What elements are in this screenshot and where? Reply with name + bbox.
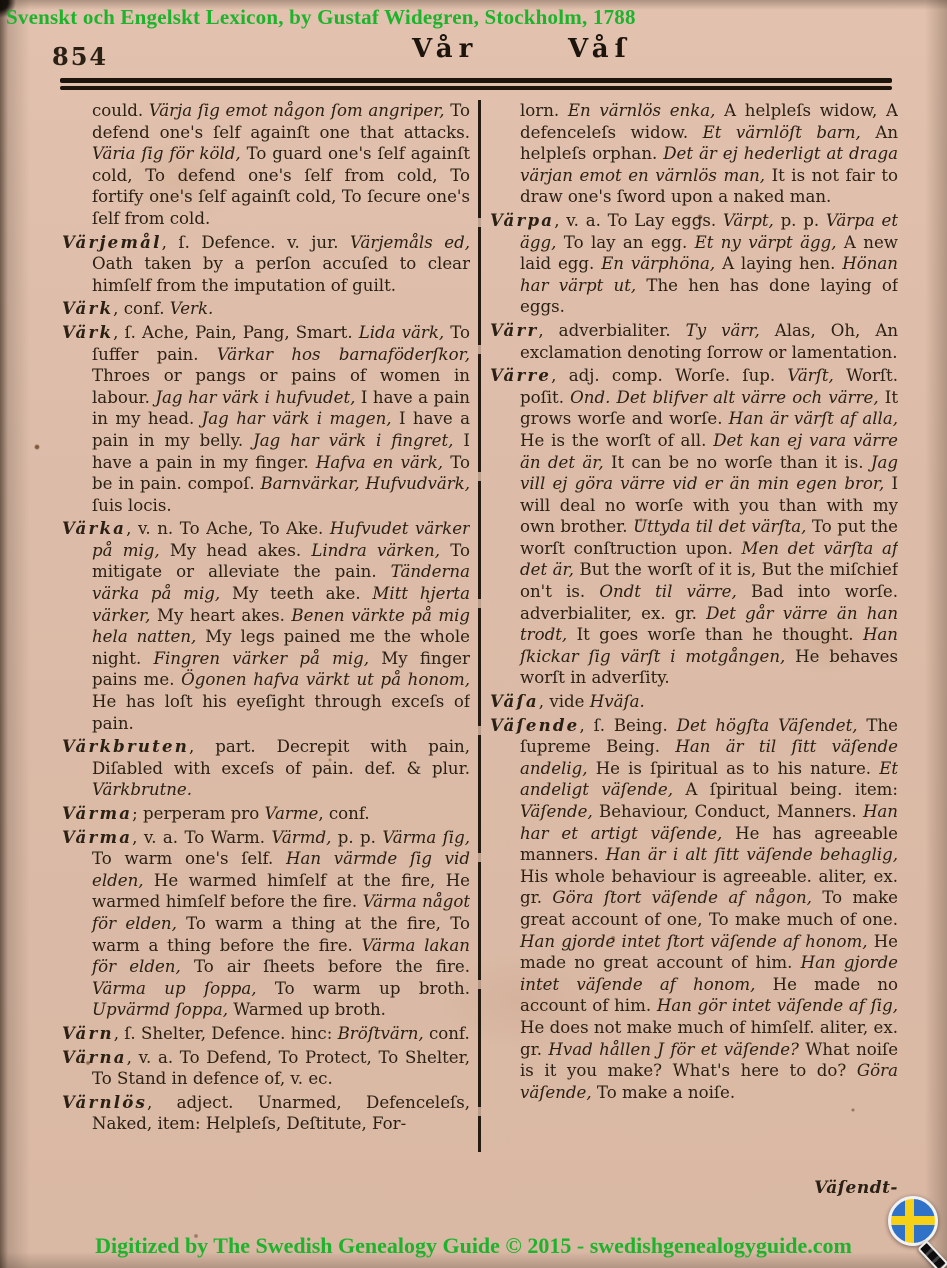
text-run: Ond. Det blifver alt värre och värre, — [570, 388, 885, 407]
text-run: Hafva en värk, — [316, 453, 450, 472]
text-run: , ſ. Ache, Pain, Pang, Smart. — [113, 323, 359, 342]
text-run: Fingren värker på mig, — [153, 649, 381, 668]
column-divider — [478, 100, 481, 1152]
text-run: ; perperam pro — [132, 804, 264, 823]
text-run: Värja ſig emot någon ſom angriper, — [149, 101, 450, 120]
catchword: Väſendt- — [490, 1178, 898, 1198]
text-run: Värkar hos barnaföderſkor, — [217, 345, 470, 364]
text-run: Oath taken by a perſon accuſed to clear … — [92, 254, 470, 295]
dictionary-entry: Värnlös, adject. Unarmed, Defenceleſs, N… — [62, 1092, 470, 1135]
dictionary-entry: could. Värja ſig emot någon ſom angriper… — [62, 100, 470, 230]
text-run: Et värnlöſt barn, — [703, 123, 876, 142]
headword: Värjemål — [62, 232, 162, 252]
text-run: Bröſtvärn, — [338, 1024, 429, 1043]
text-run: , v. a. To Defend, To Protect, To Shelte… — [92, 1048, 470, 1089]
text-run: My heart akes. — [157, 606, 291, 625]
dictionary-entry: Värr, adverbialiter. Ty värr, Alas, Oh, … — [490, 320, 898, 363]
text-run: My head akes. — [170, 541, 312, 560]
text-run: Värpt, — [723, 211, 781, 230]
text-columns: could. Värja ſig emot någon ſom angriper… — [62, 100, 902, 1172]
dictionary-entry: Värre, adj. comp. Worſe. ſup. Värſt, Wor… — [490, 365, 898, 689]
dictionary-entry: Värpa, v. a. To Lay eggs. Värpt, p. p. V… — [490, 210, 898, 318]
text-run: , adject. Unarmed, Defenceleſs, Naked, i… — [92, 1093, 470, 1134]
text-run: En värphöna, — [601, 254, 722, 273]
column-left: could. Värja ſig emot någon ſom angriper… — [62, 100, 470, 1172]
text-run: , ſ. Shelter, Defence. hinc: — [114, 1024, 338, 1043]
text-run: Varme — [265, 804, 319, 823]
text-run: He is ſpiritual as to his nature. — [596, 759, 880, 778]
headword: Värk — [62, 322, 113, 342]
headword: Värk — [62, 298, 113, 318]
text-run: Det högſta Väſendet, — [677, 716, 867, 735]
text-run: Lindra värken, — [311, 541, 450, 560]
text-run: To lay an egg. — [564, 233, 695, 252]
guide-word-right: Våſ — [568, 34, 632, 64]
text-run: , vide — [539, 692, 590, 711]
swedish-flag-magnifier-icon — [886, 1196, 946, 1268]
dictionary-entry: Värkbruten, part. Decrepit with pain, Di… — [62, 736, 470, 801]
text-run: , ſ. Being. — [579, 716, 676, 735]
text-run: Et ny värpt ägg, — [695, 233, 844, 252]
text-run: Värma up ſoppa, — [92, 979, 275, 998]
dictionary-entry: Väſa, vide Hväſa. — [490, 691, 898, 713]
text-run: Hvad hållen J för et väſende? — [548, 1040, 805, 1059]
text-run: ſuis locis. — [92, 496, 172, 515]
text-run: Hväſa. — [590, 692, 645, 711]
text-run: Han gjorde intet ſtort väſende af honom, — [520, 932, 874, 951]
headword: Värr — [490, 320, 538, 340]
text-run: could. — [92, 101, 149, 120]
text-run: Warmed up broth. — [233, 1000, 386, 1019]
text-run: Värſt, — [787, 366, 846, 385]
headword: Väſa — [490, 691, 539, 711]
text-run: Behaviour, Conduct, Manners. — [599, 802, 863, 821]
column-right: lorn. En värnlös enka, A helpleſs widow,… — [490, 100, 898, 1172]
text-run: Jag har värk i magen, — [202, 409, 399, 428]
running-head: 854 Vår Våſ — [0, 34, 947, 74]
headword: Värkbruten — [62, 736, 189, 756]
magnifier-handle-icon — [917, 1240, 947, 1268]
dictionary-entry: Värma; perperam pro Varme, conf. — [62, 803, 470, 825]
text-run: p. p. — [781, 211, 826, 230]
text-run: Han är i alt ſitt väſende behaglig, — [606, 845, 898, 864]
text-run: , v. n. To Ache, To Ake. — [126, 519, 330, 538]
dictionary-entry: Värka, v. n. To Ache, To Ake. Hufvudet v… — [62, 518, 470, 734]
text-run: My teeth ake. — [232, 584, 372, 603]
scanned-page: Svenskt och Engelskt Lexicon, by Gustaf … — [0, 0, 947, 1268]
headword: Värnlös — [62, 1092, 147, 1112]
text-run: Uttyda til det värſta, — [633, 517, 812, 536]
text-run: Jag har värk i fingret, — [253, 431, 463, 450]
text-run: Lida värk, — [359, 323, 451, 342]
text-run: It goes worſe than he thought. — [577, 625, 863, 644]
headword: Väſende — [490, 715, 579, 735]
text-run: It can be no worſe than it is. — [611, 453, 871, 472]
text-run: A laying hen. — [722, 254, 842, 273]
text-run: To make a noiſe. — [597, 1083, 735, 1102]
dictionary-entry: Värk, conf. Verk. — [62, 298, 470, 320]
dictionary-entry: lorn. En värnlös enka, A helpleſs widow,… — [490, 100, 898, 208]
source-caption: Svenskt och Engelskt Lexicon, by Gustaf … — [6, 5, 636, 30]
text-run: Värjemåls ed, — [350, 233, 470, 252]
text-run: A ſpiritual being. item: — [685, 780, 898, 799]
header-rule-bottom — [60, 86, 892, 90]
headword: Värre — [490, 365, 551, 385]
headword: Värma — [62, 827, 132, 847]
text-run: lorn. — [520, 101, 568, 120]
text-run: Verk. — [170, 299, 214, 318]
text-run: , adverbialiter. — [538, 321, 685, 340]
text-run: Han är värſt af alla, — [729, 409, 898, 428]
text-run: Ögonen hafva värkt ut på honom, — [181, 670, 470, 689]
text-run: He has loſt his eyeſight through exceſs … — [92, 692, 470, 733]
guide-word-left: Vår — [412, 34, 478, 64]
page-number: 854 — [52, 42, 108, 71]
dictionary-entry: Väſende, ſ. Being. Det högſta Väſendet, … — [490, 715, 898, 1104]
text-run: Väſende, — [520, 802, 599, 821]
text-run: , v. a. To Lay eggs. — [554, 211, 723, 230]
text-run: Ty värr, — [686, 321, 775, 340]
text-run: To air ſheets before the fire. — [194, 957, 470, 976]
header-rule-top — [60, 78, 892, 83]
dictionary-entry: Värna, v. a. To Defend, To Protect, To S… — [62, 1047, 470, 1090]
dictionary-entry: Värk, ſ. Ache, Pain, Pang, Smart. Lida v… — [62, 322, 470, 516]
text-run: , ſ. Defence. v. jur. — [162, 233, 350, 252]
text-run: Göra ſtort väſende af någon, — [552, 888, 822, 907]
text-run: Ondt til värre, — [599, 582, 751, 601]
headword: Värn — [62, 1023, 114, 1043]
text-run: He is the worſt of all. — [520, 431, 713, 450]
text-run: Värkbrutne. — [92, 780, 192, 799]
headword: Värma — [62, 803, 132, 823]
text-run: , v. a. To Warm. — [132, 828, 271, 847]
headword: Värna — [62, 1047, 127, 1067]
text-run: En värnlös enka, — [568, 101, 724, 120]
text-run: To warm one's ſelf. — [92, 849, 286, 868]
text-run: p. p. — [338, 828, 383, 847]
digitizer-caption: Digitized by The Swedish Genealogy Guide… — [0, 1233, 947, 1259]
text-run: , conf. — [113, 299, 170, 318]
text-run: , conf. — [318, 804, 369, 823]
swedish-flag-icon — [888, 1196, 938, 1246]
text-run: Värmd, — [271, 828, 337, 847]
text-run: Han gör intet väſende af ſig, — [657, 996, 898, 1015]
text-run: To warm up broth. — [275, 979, 470, 998]
headword: Värpa — [490, 210, 554, 230]
header-rule — [60, 78, 892, 90]
dictionary-entry: Värma, v. a. To Warm. Värmd, p. p. Värma… — [62, 827, 470, 1021]
text-run: Värma ſig, — [382, 828, 470, 847]
headword: Värka — [62, 518, 126, 538]
text-run: Barnvärkar, Hufvudvärk, — [260, 474, 470, 493]
dictionary-entry: Värjemål, ſ. Defence. v. jur. Värjemåls … — [62, 232, 470, 297]
dictionary-entry: Värn, ſ. Shelter, Defence. hinc: Bröſtvä… — [62, 1023, 470, 1045]
text-run: Jag har värk i hufvudet, — [155, 388, 361, 407]
text-run: , adj. comp. Worſe. ſup. — [551, 366, 787, 385]
text-run: conf. — [429, 1024, 470, 1043]
text-run: Väria ſig för köld, — [92, 144, 247, 163]
text-run: Upvärmd ſoppa, — [92, 1000, 233, 1019]
